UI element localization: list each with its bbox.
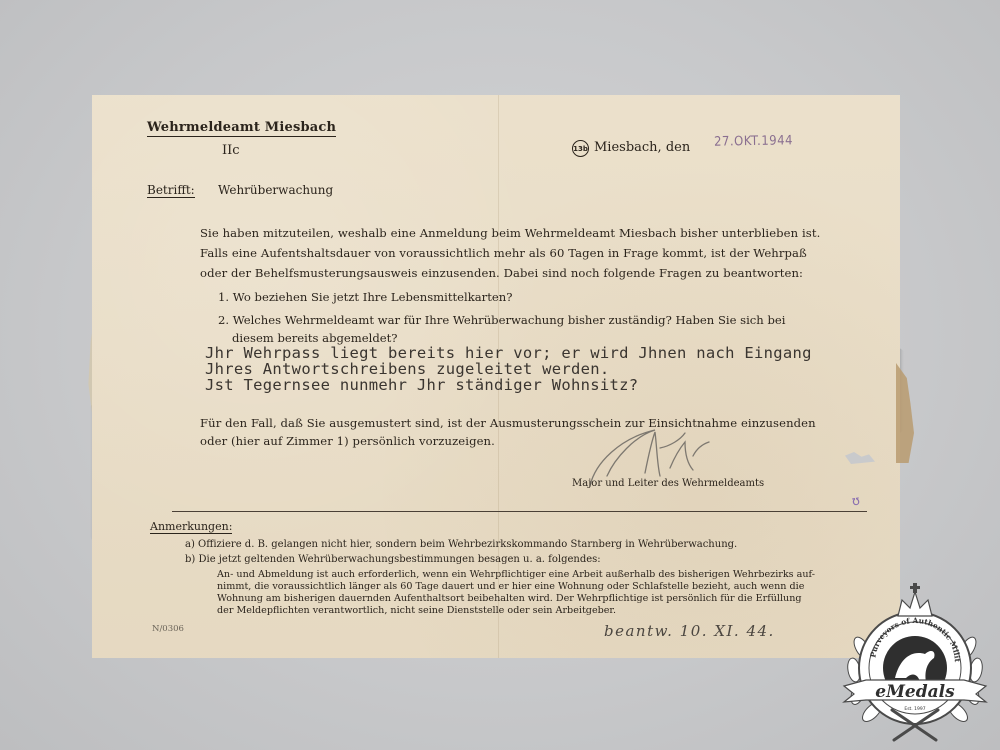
notes-heading: Anmerkungen: [150, 520, 232, 534]
note-b-detail: An- und Abmeldung ist auch erforderlich,… [217, 569, 815, 580]
note-a: a) Offiziere d. B. gelangen nicht hier, … [185, 539, 737, 550]
watermark-brand: eMedals [875, 682, 955, 702]
handwritten-note: beantw. 10. XI. 44. [604, 622, 775, 640]
typed-line: Jst Tegernsee nunmehr Jhr ständiger Wohn… [205, 376, 638, 394]
divider-line [172, 511, 867, 512]
closing-line: oder (hier auf Zimmer 1) persönlich vorz… [200, 434, 495, 448]
note-b: b) Die jetzt geltenden Wehrüberwachungsb… [185, 554, 601, 565]
note-b-detail: Wohnung am bisherigen dauernden Aufentha… [217, 593, 802, 604]
place-date-line: Miesbach, den [594, 140, 690, 155]
subject-label: Betrifft: [147, 183, 195, 198]
signer-title: Major und Leiter des Wehrmeldeamts [572, 478, 764, 489]
question-2-continued: diesem bereits abgemeldet? [232, 331, 398, 345]
question-1: 1. Wo beziehen Sie jetzt Ihre Lebensmitt… [218, 290, 512, 304]
emedals-watermark-logo: Purveyors of Authentic Militaria eMedals… [840, 578, 990, 746]
closing-line: Für den Fall, daß Sie ausgemustert sind,… [200, 416, 816, 430]
office-code: IIc [222, 143, 240, 158]
place-code-circle: 13b [572, 140, 589, 157]
body-line: Sie haben mitzuteilen, weshalb eine Anme… [200, 226, 820, 240]
date-stamp: 27.OKT.1944 [714, 133, 793, 149]
note-b-detail: nimmt, die voraussichtlich länger als 60… [217, 581, 804, 592]
body-line: oder der Behelfsmusterungsausweis einzus… [200, 266, 803, 280]
form-number: N/0306 [152, 624, 184, 634]
body-line: Falls eine Aufentshaltsdauer von vorauss… [200, 246, 807, 260]
note-b-detail: der Meldepflichten verantwortlich, nicht… [217, 605, 616, 616]
subject-value: Wehrüberwachung [218, 183, 333, 197]
office-title: Wehrmeldeamt Miesbach [147, 120, 336, 137]
question-2: 2. Welches Wehrmeldeamt war für Ihre Weh… [218, 313, 785, 327]
watermark-established: Est. 1997 [904, 706, 925, 712]
